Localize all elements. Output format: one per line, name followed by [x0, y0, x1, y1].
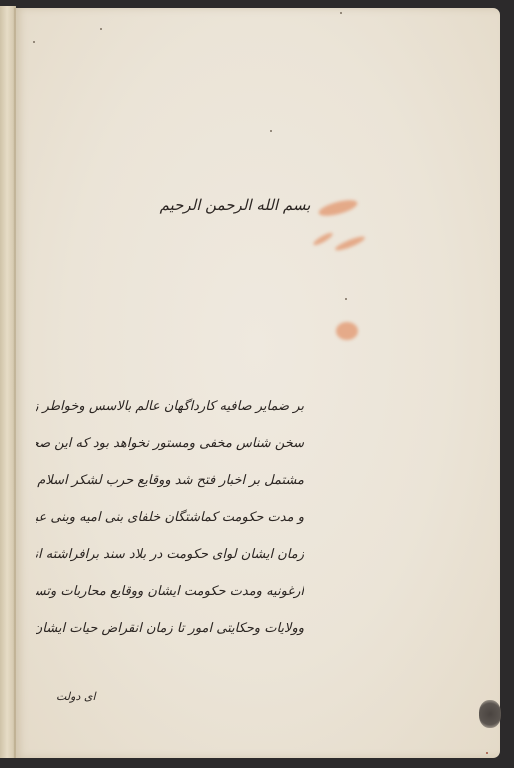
text-line: ارغونیه ومدت حکومت ایشان ووقایع محاربات …	[36, 573, 304, 610]
text-line: زمان ایشان لوای حکومت در بلاد سند برافرا…	[36, 536, 304, 573]
text-line: بر ضمایر صافیه کارداگهان عالم بالاسس وخو…	[36, 388, 304, 425]
text-line: وولایات وحکایتی امور تا زمان انقراض حیات…	[36, 610, 304, 647]
text-line: و مدت حکومت کماشتگان خلفای بنی امیه وبنی…	[36, 499, 304, 536]
catchword: ای دولت	[56, 690, 96, 703]
ink-blot	[479, 700, 501, 728]
gutter-fold	[14, 8, 16, 758]
paper-speck	[33, 41, 35, 43]
text-line: مشتمل بر اخبار فتح شد ووقایع حرب لشکر اس…	[36, 462, 304, 499]
paper-speck	[270, 130, 272, 132]
red-ink-stain	[336, 322, 358, 340]
paper-speck	[100, 28, 102, 30]
paper-speck	[345, 298, 347, 300]
paper-speck	[486, 752, 488, 754]
text-line: سخن شناس مخفی ومستور نخواهد بود که این ص…	[36, 425, 304, 462]
bismillah-heading: بسم الله الرحمن الرحیم	[150, 196, 320, 214]
paper-speck	[340, 12, 342, 14]
main-text-block: بر ضمایر صافیه کارداگهان عالم بالاسس وخو…	[36, 388, 304, 647]
